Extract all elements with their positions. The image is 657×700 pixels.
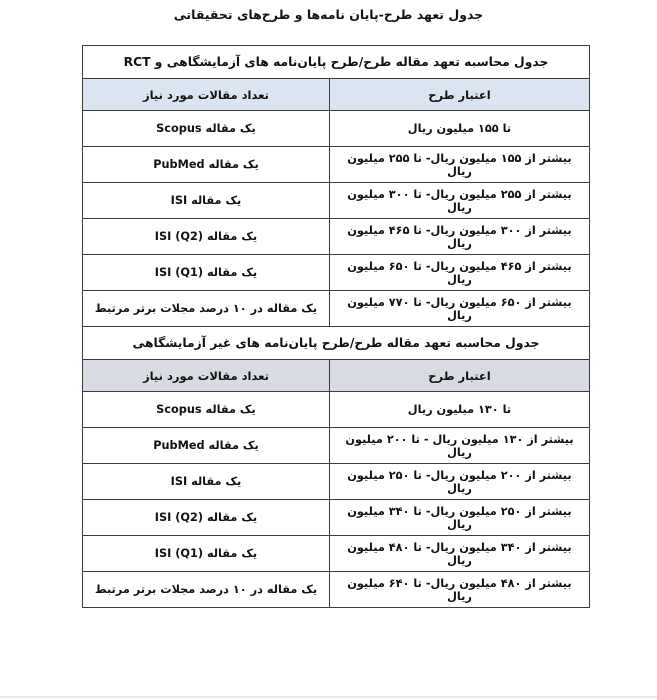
cell-articles: یک مقاله ISI bbox=[83, 183, 330, 219]
cell-articles: یک مقاله Scopus bbox=[83, 392, 330, 428]
table-row: بیشتر از ۴۸۰ میلیون ریال- تا ۶۴۰ میلیون … bbox=[83, 572, 590, 608]
cell-budget: بیشتر از ۶۵۰ میلیون ریال- تا ۷۷۰ میلیون … bbox=[329, 291, 589, 327]
table2-header-row: اعتبار طرح تعداد مقالات مورد نیاز bbox=[83, 360, 590, 392]
cell-budget: بیشتر از ۴۸۰ میلیون ریال- تا ۶۴۰ میلیون … bbox=[329, 572, 589, 608]
cell-budget: بیشتر از ۲۵۵ میلیون ریال- تا ۳۰۰ میلیون … bbox=[329, 183, 589, 219]
table-row: تا ۱۳۰ میلیون ریال یک مقاله Scopus bbox=[83, 392, 590, 428]
table-row: بیشتر از ۶۵۰ میلیون ریال- تا ۷۷۰ میلیون … bbox=[83, 291, 590, 327]
cell-articles: یک مقاله در ۱۰ درصد مجلات برتر مرتبط bbox=[83, 291, 330, 327]
cell-budget: بیشتر از ۲۵۰ میلیون ریال- تا ۳۴۰ میلیون … bbox=[329, 500, 589, 536]
page-title: جدول تعهد طرح-پایان نامه‌ها و طرح‌های تح… bbox=[0, 7, 657, 22]
table1-header-row: اعتبار طرح تعداد مقالات مورد نیاز bbox=[83, 79, 590, 111]
cell-budget: بیشتر از ۲۰۰ میلیون ریال- تا ۲۵۰ میلیون … bbox=[329, 464, 589, 500]
cell-articles: یک مقاله ISI (Q2) bbox=[83, 219, 330, 255]
table-row: بیشتر از ۱۳۰ میلیون ریال - تا ۲۰۰ میلیون… bbox=[83, 428, 590, 464]
cell-articles: یک مقاله ISI (Q2) bbox=[83, 500, 330, 536]
cell-budget: بیشتر از ۴۶۵ میلیون ریال- تا ۶۵۰ میلیون … bbox=[329, 255, 589, 291]
commitment-table: جدول محاسبه تعهد مقاله طرح/طرح پایان‌نام… bbox=[82, 45, 590, 608]
table-row: بیشتر از ۳۰۰ میلیون ریال- تا ۴۶۵ میلیون … bbox=[83, 219, 590, 255]
table-row: بیشتر از ۲۵۵ میلیون ریال- تا ۳۰۰ میلیون … bbox=[83, 183, 590, 219]
cell-budget: تا ۱۳۰ میلیون ریال bbox=[329, 392, 589, 428]
table-row: بیشتر از ۲۵۰ میلیون ریال- تا ۳۴۰ میلیون … bbox=[83, 500, 590, 536]
table-row: بیشتر از ۱۵۵ میلیون ریال- تا ۲۵۵ میلیون … bbox=[83, 147, 590, 183]
cell-articles: یک مقاله ISI bbox=[83, 464, 330, 500]
table1-header-budget: اعتبار طرح bbox=[329, 79, 589, 111]
cell-budget: بیشتر از ۳۰۰ میلیون ریال- تا ۴۶۵ میلیون … bbox=[329, 219, 589, 255]
table1-title: جدول محاسبه تعهد مقاله طرح/طرح پایان‌نام… bbox=[83, 46, 590, 79]
cell-articles: یک مقاله در ۱۰ درصد مجلات برتر مرتبط bbox=[83, 572, 330, 608]
cell-budget: بیشتر از ۱۳۰ میلیون ریال - تا ۲۰۰ میلیون… bbox=[329, 428, 589, 464]
table-row: تا ۱۵۵ میلیون ریال یک مقاله Scopus bbox=[83, 111, 590, 147]
cell-articles: یک مقاله Scopus bbox=[83, 111, 330, 147]
cell-articles: یک مقاله PubMed bbox=[83, 428, 330, 464]
cell-articles: یک مقاله ISI (Q1) bbox=[83, 255, 330, 291]
cell-articles: یک مقاله ISI (Q1) bbox=[83, 536, 330, 572]
page-bottom-divider bbox=[0, 696, 657, 698]
table-row: بیشتر از ۲۰۰ میلیون ریال- تا ۲۵۰ میلیون … bbox=[83, 464, 590, 500]
table2-header-articles: تعداد مقالات مورد نیاز bbox=[83, 360, 330, 392]
cell-budget: بیشتر از ۱۵۵ میلیون ریال- تا ۲۵۵ میلیون … bbox=[329, 147, 589, 183]
table1-title-row: جدول محاسبه تعهد مقاله طرح/طرح پایان‌نام… bbox=[83, 46, 590, 79]
table2-title-row: جدول محاسبه تعهد مقاله طرح/طرح پایان‌نام… bbox=[83, 327, 590, 360]
table-row: بیشتر از ۴۶۵ میلیون ریال- تا ۶۵۰ میلیون … bbox=[83, 255, 590, 291]
table1-header-articles: تعداد مقالات مورد نیاز bbox=[83, 79, 330, 111]
cell-budget: تا ۱۵۵ میلیون ریال bbox=[329, 111, 589, 147]
table2-header-budget: اعتبار طرح bbox=[329, 360, 589, 392]
cell-budget: بیشتر از ۳۴۰ میلیون ریال- تا ۴۸۰ میلیون … bbox=[329, 536, 589, 572]
table2-title: جدول محاسبه تعهد مقاله طرح/طرح پایان‌نام… bbox=[83, 327, 590, 360]
cell-articles: یک مقاله PubMed bbox=[83, 147, 330, 183]
table-row: بیشتر از ۳۴۰ میلیون ریال- تا ۴۸۰ میلیون … bbox=[83, 536, 590, 572]
